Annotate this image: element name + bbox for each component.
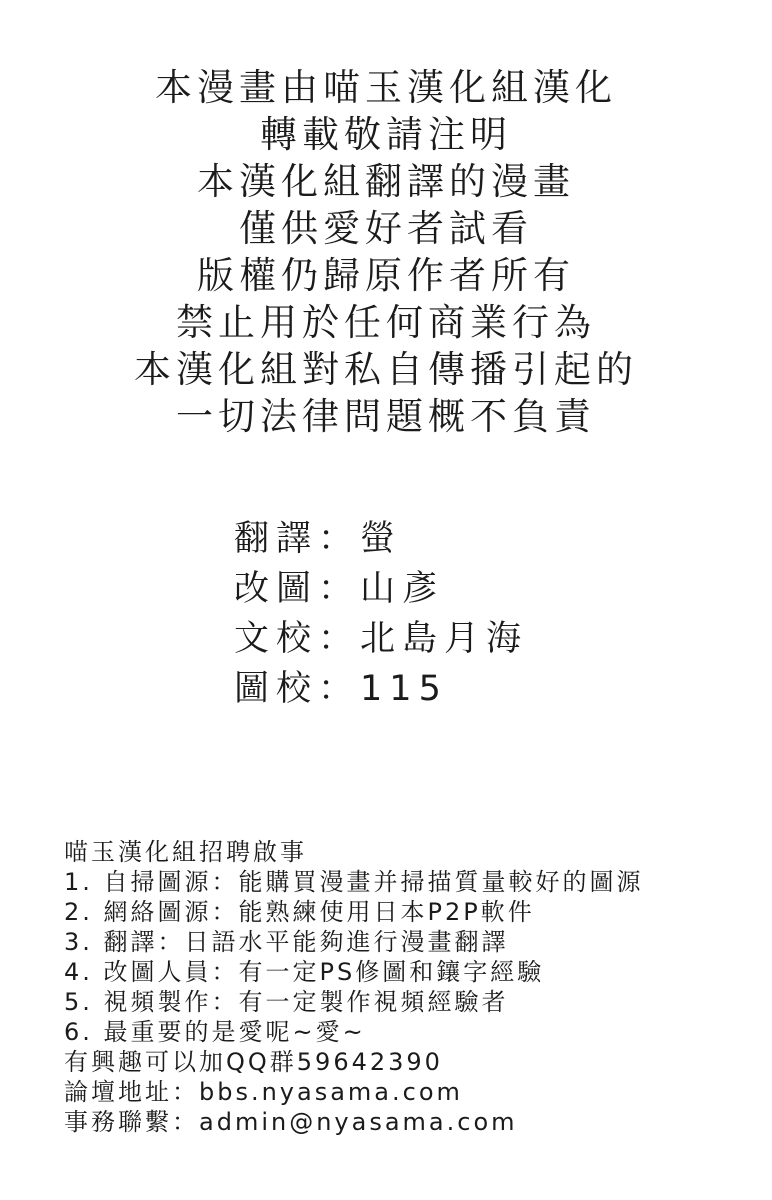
recruitment-item: 3. 翻譯：日語水平能夠進行漫畫翻譯: [64, 927, 752, 957]
recruitment-item: 6. 最重要的是愛呢~愛~: [64, 1017, 752, 1047]
credit-row-image-proofer: 圖校：115: [234, 664, 528, 714]
credit-name: 北島月海: [360, 619, 528, 659]
scanlation-credits-page: 本漫畫由喵玉漢化組漢化 轉載敬請注明 本漢化組翻譯的漫畫 僅供愛好者試看 版權仍…: [0, 0, 772, 1200]
staff-credits-block: 翻譯：螢 改圖：山彥 文校：北島月海 圖校：115: [234, 514, 528, 714]
credit-role: 文校: [234, 619, 318, 659]
contact-admin-email: 事務聯繫：admin@nyasama.com: [64, 1107, 752, 1137]
recruitment-item: 2. 網絡圖源：能熟練使用日本P2P軟件: [64, 897, 752, 927]
disclaimer-line: 本漢化組翻譯的漫畫: [0, 158, 772, 205]
credit-name: 115: [360, 669, 448, 709]
credit-separator: ：: [318, 619, 360, 659]
recruitment-item: 1. 自掃圖源：能購買漫畫并掃描質量較好的圖源: [64, 867, 752, 897]
disclaimer-line: 本漫畫由喵玉漢化組漢化: [0, 64, 772, 111]
contact-forum-address: 論壇地址：bbs.nyasama.com: [64, 1077, 752, 1107]
recruitment-item: 5. 視頻製作：有一定製作視頻經驗者: [64, 987, 752, 1017]
credit-row-image-editor: 改圖：山彥: [234, 564, 528, 614]
credit-separator: ：: [318, 669, 360, 709]
recruitment-item: 4. 改圖人員：有一定PS修圖和鑲字經驗: [64, 957, 752, 987]
credit-role: 圖校: [234, 669, 318, 709]
contact-qq-group: 有興趣可以加QQ群59642390: [64, 1047, 752, 1077]
disclaimer-line: 版權仍歸原作者所有: [0, 252, 772, 299]
disclaimer-line: 一切法律問題概不負責: [0, 393, 772, 440]
disclaimer-line: 轉載敬請注明: [0, 111, 772, 158]
credit-row-text-proofer: 文校：北島月海: [234, 614, 528, 664]
credit-row-translator: 翻譯：螢: [234, 514, 528, 564]
disclaimer-block: 本漫畫由喵玉漢化組漢化 轉載敬請注明 本漢化組翻譯的漫畫 僅供愛好者試看 版權仍…: [0, 64, 772, 440]
credit-name: 螢: [360, 519, 402, 559]
credit-role: 改圖: [234, 569, 318, 609]
disclaimer-line: 本漢化組對私自傳播引起的: [0, 346, 772, 393]
credit-separator: ：: [318, 519, 360, 559]
recruitment-block: 喵玉漢化組招聘啟事 1. 自掃圖源：能購買漫畫并掃描質量較好的圖源 2. 網絡圖…: [64, 837, 752, 1137]
credit-separator: ：: [318, 569, 360, 609]
disclaimer-line: 禁止用於任何商業行為: [0, 299, 772, 346]
disclaimer-line: 僅供愛好者試看: [0, 205, 772, 252]
credit-name: 山彥: [360, 569, 444, 609]
recruitment-title: 喵玉漢化組招聘啟事: [64, 837, 752, 867]
credit-role: 翻譯: [234, 519, 318, 559]
